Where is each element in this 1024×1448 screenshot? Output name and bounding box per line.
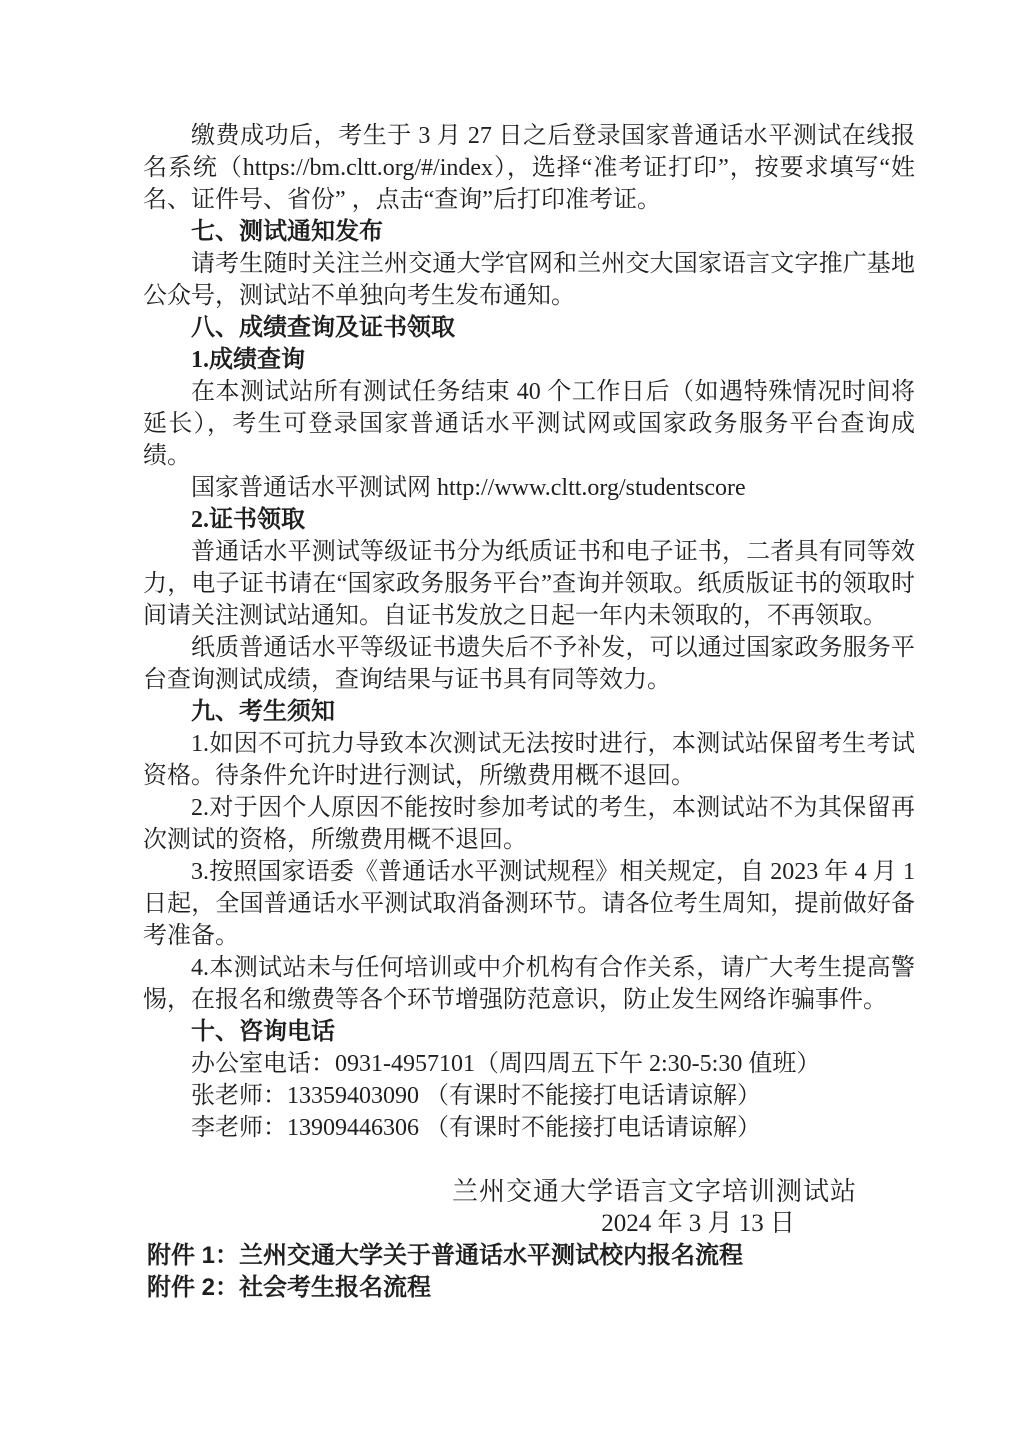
section-10-heading-contact-phone: 十、咨询电话: [143, 1016, 915, 1048]
test-notice-paragraph: 请考生随时关注兰州交通大学官网和兰州交大国家语言文字推广基地公众号，测试站不单独…: [143, 248, 915, 312]
score-query-paragraph: 在本测试站所有测试任务结束 40 个工作日后（如遇特殊情况时间将延长），考生可登…: [143, 376, 915, 472]
teacher-li-phone-line: 李老师：13909446306 （有课时不能接打电话请谅解）: [143, 1112, 915, 1144]
certificate-lost-paragraph: 纸质普通话水平等级证书遗失后不予补发，可以通过国家政务服务平台查询测试成绩，查询…: [143, 632, 915, 696]
subsection-1-score-query-heading: 1.成绩查询: [143, 344, 915, 376]
certificate-paragraph: 普通话水平测试等级证书分为纸质证书和电子证书，二者具有同等效力，电子证书请在“国…: [143, 536, 915, 632]
attachment-1-line: 附件 1：兰州交通大学关于普通话水平测试校内报名流程: [147, 1240, 915, 1272]
note-3-paragraph: 3.按照国家语委《普通话水平测试规程》相关规定，自 2023 年 4 月 1 日…: [143, 856, 915, 952]
signature-block: 兰州交通大学语言文字培训测试站 2024 年 3 月 13 日: [143, 1176, 915, 1240]
section-7-heading-test-notice: 七、测试通知发布: [143, 216, 915, 248]
score-query-url-line: 国家普通话水平测试网 http://www.cltt.org/studentsc…: [143, 472, 915, 504]
note-2-paragraph: 2.对于因个人原因不能按时参加考试的考生，本测试站不为其保留再次测试的资格，所缴…: [143, 792, 915, 856]
section-8-heading-score-certificate: 八、成绩查询及证书领取: [143, 312, 915, 344]
note-4-paragraph: 4.本测试站未与任何培训或中介机构有合作关系，请广大考生提高警惕，在报名和缴费等…: [143, 952, 915, 1016]
signature-organization: 兰州交通大学语言文字培训测试站: [143, 1176, 915, 1208]
office-phone-line: 办公室电话：0931-4957101（周四周五下午 2:30-5:30 值班）: [143, 1048, 915, 1080]
teacher-zhang-phone-line: 张老师：13359403090 （有课时不能接打电话请谅解）: [143, 1080, 915, 1112]
section-9-heading-examinee-notes: 九、考生须知: [143, 696, 915, 728]
note-1-paragraph: 1.如因不可抗力导致本次测试无法按时进行，本测试站保留考生考试资格。待条件允许时…: [143, 728, 915, 792]
document-content: 缴费成功后，考生于 3 月 27 日之后登录国家普通话水平测试在线报名系统（ht…: [143, 120, 915, 1304]
attachments-block: 附件 1：兰州交通大学关于普通话水平测试校内报名流程 附件 2：社会考生报名流程: [147, 1240, 915, 1304]
subsection-2-certificate-heading: 2.证书领取: [143, 504, 915, 536]
payment-admission-ticket-paragraph: 缴费成功后，考生于 3 月 27 日之后登录国家普通话水平测试在线报名系统（ht…: [143, 120, 915, 216]
document-page: 缴费成功后，考生于 3 月 27 日之后登录国家普通话水平测试在线报名系统（ht…: [0, 0, 1024, 1448]
signature-date: 2024 年 3 月 13 日: [143, 1208, 915, 1240]
attachment-2-line: 附件 2：社会考生报名流程: [147, 1272, 915, 1304]
